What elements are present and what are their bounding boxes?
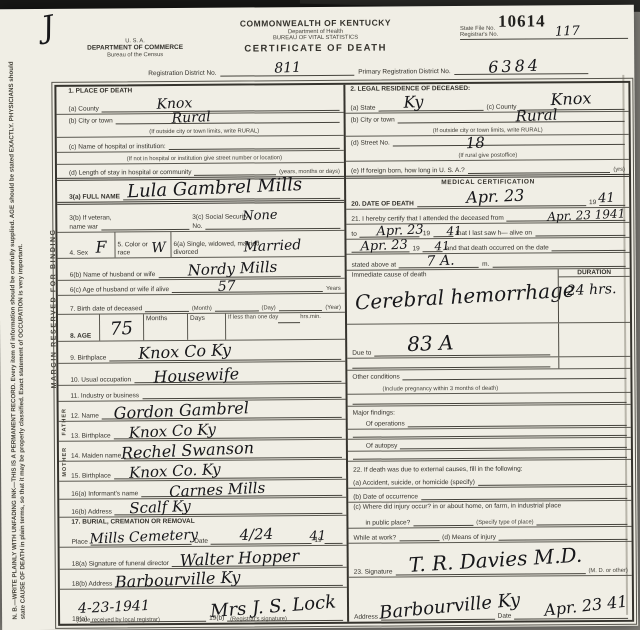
bureau-label: BUREAU OF VITAL STATISTICS — [203, 34, 428, 42]
immediate-cause-label: Immediate cause of death — [352, 271, 427, 279]
veteran-label2: name war — [69, 223, 98, 231]
received-date-value: 4-23-1941 — [78, 599, 150, 616]
duration-box-cell — [558, 323, 630, 357]
row-city-town: (b) City or town (If outside city or tow… — [57, 113, 344, 138]
husband-age-unit: Years — [326, 285, 341, 291]
city-value: Rural — [171, 110, 211, 126]
state-value: Ky — [403, 94, 424, 111]
certificate-form: 1. PLACE OF DEATH (a) County Knox (b) Ci… — [54, 81, 634, 626]
director-addr-value: Barbourville Ky — [115, 569, 241, 590]
right-column: 2. LEGAL RESIDENCE OF DECEASED: (a) Stat… — [345, 83, 632, 622]
major-findings-label: Major findings: — [353, 409, 395, 417]
duration-box: DURATION 24 hrs. — [558, 269, 630, 323]
dod-year-value: 41 — [598, 192, 615, 206]
district-line: Registration District No. 811 Primary Re… — [148, 63, 588, 77]
burial-date-value: 4/24 — [239, 527, 273, 543]
file-no-stamp: 10614 — [498, 11, 546, 31]
title-block: COMMONWEALTH OF KENTUCKY Department of H… — [203, 18, 428, 55]
signature-note: (M. D. or other) — [588, 567, 627, 574]
age-min-label: min. — [310, 314, 321, 320]
age-label: 8. AGE — [70, 332, 91, 340]
age-days-label: Days — [190, 315, 205, 323]
left-column: 1. PLACE OF DEATH (a) County Knox (b) Ci… — [56, 85, 349, 624]
occupation-value: Housewife — [153, 366, 239, 386]
certify-lastsaw-value: Apr. 23 — [360, 239, 408, 254]
father-bp-value: Knox Co Ky — [129, 422, 217, 441]
row-funeral-director: 18(a) Signature of funeral director Walt… — [60, 546, 347, 570]
autopsy-label: Of autopsy — [366, 442, 397, 450]
marital-value: Married — [243, 238, 301, 254]
birthdate-label: 7. Birth date of deceased — [70, 305, 142, 313]
certify-from-value: Apr. 23 1941 — [547, 207, 625, 222]
work-label: While at work? — [354, 534, 397, 542]
row-burial: 17. BURIAL, CREMATION OR REMOVAL Place D… — [59, 516, 346, 548]
industry-label: 11. Industry or business — [71, 392, 140, 400]
res-county-label: (c) County — [486, 103, 516, 111]
age-hrs-label: hrs. — [300, 314, 310, 320]
race-label2: race — [118, 249, 148, 257]
ext-c2-label: in public place? — [365, 519, 410, 527]
duration-value: 24 hrs. — [567, 282, 617, 298]
street-value: 18 — [465, 136, 485, 152]
other-conditions-label: Other conditions — [352, 373, 399, 381]
burial-place-label: Place — [72, 538, 88, 546]
age-years-cell: 75 — [100, 314, 144, 340]
ext-c-note: (Specify type of place) — [476, 519, 533, 526]
age-label-cell: 8. AGE — [58, 315, 100, 341]
row-certify-4: stated above at m. 7 A. — [347, 253, 630, 271]
operations-label: Of operations — [366, 420, 405, 428]
row-husband: 6(b) Name of husband or wife Nordy Mills — [58, 257, 345, 281]
external-label: 22. If death was due to external causes,… — [353, 465, 523, 474]
hospital-note: (If not in hospital or institution give … — [127, 155, 282, 162]
street-label: (d) Street No. — [351, 139, 390, 147]
received-note: (Date received by local registrar) — [76, 617, 160, 624]
row-director-address: 18(b) Address Barbourville Ky — [60, 568, 347, 590]
row-age: 8. AGE 75 Months Days If less than one d… — [58, 313, 345, 342]
certify-line1: 21. I hereby certify that I attended the… — [351, 214, 504, 223]
age-months-label: Months — [146, 315, 167, 323]
street-note: (If rural give postoffice) — [458, 152, 517, 159]
husband-age-label: 6(c) Age of husband or wife if alive — [70, 286, 169, 294]
certify-lastsaw-year: 41 — [434, 240, 450, 253]
other-conditions-note: (Include pregnancy within 3 months of de… — [382, 385, 498, 392]
foreign-label: (e) If foreign born, how long in U. S. A… — [351, 167, 465, 175]
census-label: Bureau of the Census — [60, 52, 210, 59]
row-veteran-ssn: 3(b) If veteran, name war 3(c) Social Se… — [57, 203, 344, 233]
death-certificate-page: N. B.—WRITE PLAINLY WITH UNFADING INK—TH… — [0, 5, 638, 628]
city-note: (If outside city or town limits, write R… — [149, 128, 259, 135]
certificate-title: CERTIFICATE OF DEATH — [203, 43, 428, 55]
father-name-label: 12. Name — [71, 412, 99, 420]
res-city-value: Rural — [515, 108, 557, 125]
row-medical-title-dod: MEDICAL CERTIFICATION 20. DATE OF DEATH … — [346, 177, 629, 210]
reg-district-value: 811 — [274, 61, 301, 76]
due-to-value: 83 A — [407, 332, 454, 354]
director-addr-label: 18(b) Address — [72, 580, 113, 588]
burial-year-value: 41 — [309, 530, 326, 544]
dod-label: 20. DATE OF DEATH — [351, 200, 414, 208]
age-days-cell: Days — [188, 314, 226, 340]
birthdate-month-label: (Month) — [192, 305, 212, 312]
certify-line2: that I last saw h— alive on — [456, 229, 532, 237]
race-label: 5. Color or — [117, 241, 147, 249]
director-label: 18(a) Signature of funeral director — [72, 560, 169, 568]
row-legal-residence: 2. LEGAL RESIDENCE OF DECEASED: (a) Stat… — [345, 83, 628, 114]
sex-value: F — [95, 239, 107, 255]
ssn-label2: No. — [192, 222, 202, 230]
reg-district-label: Registration District No. — [148, 69, 216, 77]
marital-cell: 6(a) Single, widowed, married, divorced … — [171, 231, 344, 257]
row-due-to: Due to 83 A — [347, 323, 630, 359]
row-foreign-born: (e) If foreign born, how long in U. S. A… — [346, 160, 629, 179]
ssn-value: None — [242, 209, 278, 223]
place-of-death-title: 1. PLACE OF DEATH — [68, 87, 132, 95]
sex-label: 4. Sex — [70, 249, 88, 257]
row-street: (d) Street No. (If rural give postoffice… — [346, 135, 629, 162]
ink-flourish: J — [39, 12, 56, 44]
mother-bp-value: Knox Co. Ky — [129, 462, 221, 481]
sex-cell: 4. Sex F — [57, 232, 115, 257]
row-informant-address: 16(b) Address Scalf Ky — [59, 498, 346, 518]
birthdate-day-label: (Day) — [261, 305, 275, 311]
certify-m-label: m. — [482, 260, 489, 268]
dod-year-prefix: 19 — [589, 199, 596, 207]
full-name-label: 3(a) FULL NAME — [69, 193, 120, 201]
foreign-unit: (yrs) — [613, 166, 625, 172]
hospital-label: (c) Name of hospital or institution: — [69, 143, 166, 151]
ext-a-label: (a) Accident, suicide, or homicide (spec… — [353, 478, 475, 486]
occupation-label: 10. Usual occupation — [70, 376, 131, 384]
age-less-cell: If less than one day hrs. min. — [226, 313, 345, 340]
dod-value: Apr. 23 — [466, 188, 525, 206]
county-label: (a) County — [69, 105, 99, 113]
row-immediate-cause: Immediate cause of death Cerebral hemorr… — [347, 269, 630, 325]
informant-label: 16(a) Informant's name — [71, 490, 138, 498]
informant-addr-label: 16(b) Address — [71, 508, 112, 516]
age-years-value: 75 — [110, 320, 134, 339]
due-to-label: Due to — [352, 349, 371, 357]
commerce-block: U. S. A. DEPARTMENT OF COMMERCE Bureau o… — [60, 38, 210, 59]
duration-label: DURATION — [559, 269, 630, 278]
row-other-conditions: Other conditions (Include pregnancy with… — [347, 369, 630, 395]
res-city-note: (If outside city or town limits, write R… — [433, 127, 543, 134]
city-label: (b) City or town — [69, 117, 113, 125]
race-value: W — [151, 241, 166, 256]
row-father-name: 12. Name Gordon Gambrel — [59, 400, 346, 422]
row-sex-race-marital: 4. Sex F 5. Color or race W 6(a) Single,… — [57, 231, 344, 259]
file-number-block: State File No. 10614 Registrar's No. 117 — [460, 11, 628, 41]
row-mother-name: 14. Maiden name Rechel Swanson — [59, 440, 346, 462]
certify-line3: and that death occurred on the date — [446, 244, 549, 252]
row-mother-birthplace: 15. Birthplace Knox Co. Ky — [59, 460, 346, 482]
row-father-birthplace: 13. Birthplace Knox Co Ky — [59, 420, 346, 442]
row-birthdate: 7. Birth date of deceased (Month) (Day) … — [58, 294, 345, 315]
immediate-cause-value: Cerebral hemorrhage — [354, 279, 575, 312]
mother-bp-label: 15. Birthplace — [71, 472, 111, 480]
row-birthplace: 9. Birthplace Knox Co Ky — [58, 340, 345, 364]
birthplace-value: Knox Co Ky — [138, 342, 232, 362]
row-occupation: 10. Usual occupation Housewife — [58, 362, 345, 386]
husband-age-value: 57 — [217, 279, 235, 294]
means-label: (d) Means of injury — [442, 533, 496, 541]
mother-name-label: 14. Maiden name — [71, 452, 121, 460]
birthdate-year-label: (Year) — [325, 304, 341, 310]
res-city-label: (b) City or town — [351, 116, 395, 124]
registrar-note: (Registrar's signature) — [230, 616, 287, 623]
state-label: (a) State — [351, 104, 376, 112]
row-ext-c: (c) Where did injury occur? in or about … — [348, 501, 631, 529]
addr-label: Address — [354, 613, 378, 621]
row-full-name: 3(a) FULL NAME Lula Gambrel Mills — [57, 179, 344, 205]
death-time-value: 7 A. — [426, 254, 454, 269]
signature-label: 23. Signature — [354, 568, 393, 576]
duration-box-cell-2 — [558, 357, 630, 369]
age-months-cell: Months — [144, 314, 188, 340]
certify-to-word: to — [351, 230, 356, 238]
primary-district-label: Primary Registration District No. — [358, 68, 451, 76]
husband-label: 6(b) Name of husband or wife — [70, 271, 156, 279]
certify-to-value: Apr. 23 — [376, 223, 424, 238]
burial-title: 17. BURIAL, CREMATION OR REMOVAL — [71, 518, 194, 526]
age-less-label: If less than one day — [228, 314, 278, 321]
ext-b-label: (b) Date of occurrence — [353, 493, 418, 501]
birthplace-label: 9. Birthplace — [70, 354, 106, 362]
registrar-no-value: 117 — [555, 25, 580, 39]
father-bp-label: 13. Birthplace — [71, 432, 111, 440]
certify-line4: stated above at — [352, 261, 397, 269]
registrar-no-label: Registrar's No. — [460, 32, 498, 39]
margin-instruction-note: N. B.—WRITE PLAINLY WITH UNFADING INK—TH… — [8, 59, 29, 619]
stay-label: (d) Length of stay in hospital or commun… — [69, 168, 192, 176]
row-physician-address: Address Date Barbourville Ky Apr. 23 41 — [349, 576, 632, 622]
row-res-city: (b) City or town (If outside city or tow… — [346, 112, 629, 137]
race-cell: 5. Color or race W — [115, 232, 171, 257]
row-registrar: 19(a) 19(b) 4-23-1941 (Date received by … — [60, 588, 347, 624]
ext-c-label: (c) Where did injury occur? in or about … — [353, 502, 561, 511]
primary-district-value: 6384 — [488, 58, 541, 76]
date-label: Date — [498, 612, 512, 620]
certify-19b: 19 — [412, 245, 419, 253]
row-informant: 16(a) Informant's name Carnes Mills — [59, 480, 346, 500]
husband-value: Nordy Mills — [187, 260, 277, 279]
certify-to-year: 41 — [446, 225, 462, 238]
informant-addr-value: Scalf Ky — [129, 499, 191, 517]
row-physician-signature: 23. Signature (M. D. or other) T. R. Dav… — [349, 542, 632, 578]
